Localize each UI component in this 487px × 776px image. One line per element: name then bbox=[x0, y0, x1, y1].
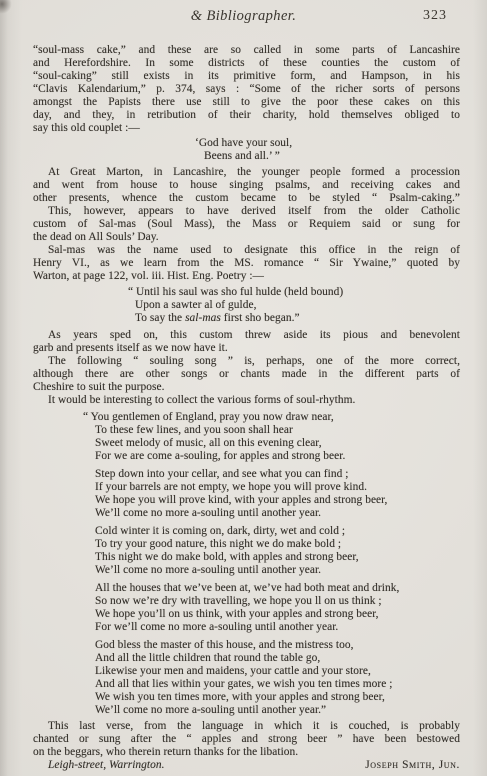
couplet-god-have-your-soul: ‘God have your soul, Beens and all.’ ” bbox=[195, 137, 460, 163]
text-line: This last verse, from the language in wh… bbox=[33, 720, 460, 733]
paragraph-years-sped-on: As years sped on, this custom threw asid… bbox=[33, 329, 460, 355]
text-line: garb and presents itself as we now have … bbox=[33, 342, 460, 355]
song-line: And all the little children that round t… bbox=[95, 652, 460, 665]
page-body: “soul-mass cake,” and these are so calle… bbox=[0, 44, 487, 772]
song-line: Step down into your cellar, and see what… bbox=[95, 468, 460, 481]
verse-line-text: first sho began.” bbox=[221, 312, 300, 324]
song-line: We’ll come no more a-souling until anoth… bbox=[95, 564, 460, 577]
song-line: If your barrels are not empty, we hope y… bbox=[95, 481, 460, 494]
song-line: This night we do make bold, with apples … bbox=[95, 551, 460, 564]
song-line: We hope you’ll on us think, with your ap… bbox=[95, 608, 460, 621]
text-line: Warton, at page 122, vol. iii. Hist. Eng… bbox=[33, 270, 460, 283]
song-line: God bless the master of this house, and … bbox=[95, 639, 460, 652]
text-line: “Clavis Kalendarium,” p. 374, says : “So… bbox=[33, 83, 460, 96]
text-line: At Great Marton, in Lancashire, the youn… bbox=[33, 166, 460, 179]
song-line: And all that lies within your gates, we … bbox=[95, 678, 460, 691]
song-line: For we’ll come no more a-souling until a… bbox=[95, 621, 460, 634]
text-line: custom of Sal-mas (Soul Mass), the Mass … bbox=[33, 218, 460, 231]
paragraph-sal-mas-origin: This, however, appears to have derived i… bbox=[33, 205, 460, 244]
song-line: For we are come a-souling, for apples an… bbox=[95, 450, 460, 463]
text-line: “soul-mass cake,” and these are so calle… bbox=[33, 44, 460, 57]
verse-line-text: To say the bbox=[135, 312, 185, 324]
paragraph-last-verse-note: This last verse, from the language in wh… bbox=[33, 720, 460, 759]
couplet-line: Beens and all.’ ” bbox=[204, 150, 460, 163]
song-line: To these few lines, and you soon shall h… bbox=[95, 424, 460, 437]
song-line: Cold winter it is coming on, dark, dirty… bbox=[95, 525, 460, 538]
text-line: The following “ souling song ” is, perha… bbox=[33, 355, 460, 368]
text-line: amongst the Papists there use still to g… bbox=[33, 96, 460, 109]
stanza-1: “ You gentlemen of England, pray you now… bbox=[95, 411, 460, 463]
souling-song: “ You gentlemen of England, pray you now… bbox=[95, 411, 460, 717]
song-line: We’ll come no more a-souling until anoth… bbox=[95, 507, 460, 520]
text-line: “soul-caking” still exists in its primit… bbox=[33, 70, 460, 83]
text-line: As years sped on, this custom threw asid… bbox=[33, 329, 460, 342]
couplet-line: ‘God have your soul, bbox=[195, 137, 460, 150]
sal-mas-italic: sal-mas bbox=[185, 312, 221, 324]
text-line: although there are other songs or chants… bbox=[33, 368, 460, 381]
song-line: So now we’re dry with travelling, we hop… bbox=[95, 595, 460, 608]
text-line: the dead on All Souls’ Day. bbox=[33, 231, 460, 244]
paragraph-great-marton: At Great Marton, in Lancashire, the youn… bbox=[33, 166, 460, 205]
text-line: chanted or sung after the “ apples and s… bbox=[33, 733, 460, 746]
text-line: say this old couplet :— bbox=[33, 122, 460, 135]
song-line: To try your good nature, this night we d… bbox=[95, 538, 460, 551]
text-line: and Herefordshire. In some districts of … bbox=[33, 57, 460, 70]
signature-author: Joseph Smith, Jun. bbox=[365, 759, 460, 772]
verse-line: “ Until his saul was sho ful hulde (held… bbox=[135, 286, 460, 299]
paragraph-soul-rhythm: It would be interesting to collect the v… bbox=[33, 394, 460, 407]
song-line: We hope you will prove kind, with your a… bbox=[95, 494, 460, 507]
song-line: “ You gentlemen of England, pray you now… bbox=[95, 411, 460, 424]
text-line: and went from house to house singing psa… bbox=[33, 179, 460, 192]
stanza-3: Cold winter it is coming on, dark, dirty… bbox=[95, 525, 460, 577]
song-line: Likewise your men and maidens, your catt… bbox=[95, 665, 460, 678]
paragraph-soul-mass-cake: “soul-mass cake,” and these are so calle… bbox=[33, 44, 460, 135]
stanza-2: Step down into your cellar, and see what… bbox=[95, 468, 460, 520]
text-line: Cheshire to suit the purpose. bbox=[33, 381, 460, 394]
stanza-4: All the houses that we’ve been at, we’ve… bbox=[95, 582, 460, 634]
signature-place: Leigh-street, Warrington. bbox=[48, 759, 165, 772]
page-header: & Bibliographer. 323 bbox=[0, 0, 487, 26]
text-line: other presents, whence the custom became… bbox=[33, 192, 460, 205]
text-line: This, however, appears to have derived i… bbox=[33, 205, 460, 218]
verse-line: To say the sal-mas first sho began.” bbox=[135, 312, 460, 325]
text-line: on the beggars, who therein return thank… bbox=[33, 746, 460, 759]
verse-sir-ywaine: “ Until his saul was sho ful hulde (held… bbox=[135, 286, 460, 325]
song-line: Sweet melody of music, all on this eveni… bbox=[95, 437, 460, 450]
paragraph-henry-vi: Sal-mas was the name used to designate t… bbox=[33, 244, 460, 283]
song-line: All the houses that we’ve been at, we’ve… bbox=[95, 582, 460, 595]
song-line: We’ll come no more a-souling until anoth… bbox=[95, 704, 460, 717]
text-line: Sal-mas was the name used to designate t… bbox=[33, 244, 460, 257]
song-line: We wish you ten times more, with your ap… bbox=[95, 691, 460, 704]
journal-title: & Bibliographer. bbox=[0, 8, 487, 25]
page-number: 323 bbox=[423, 8, 447, 24]
text-line: day, and they, in retribution of their c… bbox=[33, 109, 460, 122]
paragraph-souling-song-intro: The following “ souling song ” is, perha… bbox=[33, 355, 460, 394]
verse-line: Upon a sawter al of gulde, bbox=[135, 299, 460, 312]
text-line: Henry VI., as we learn from the MS. roma… bbox=[33, 257, 460, 270]
text-line: It would be interesting to collect the v… bbox=[33, 394, 460, 407]
signature-row: Leigh-street, Warrington. Joseph Smith, … bbox=[33, 759, 460, 772]
stanza-5: God bless the master of this house, and … bbox=[95, 639, 460, 717]
scanned-book-page: & Bibliographer. 323 “soul-mass cake,” a… bbox=[0, 0, 487, 776]
